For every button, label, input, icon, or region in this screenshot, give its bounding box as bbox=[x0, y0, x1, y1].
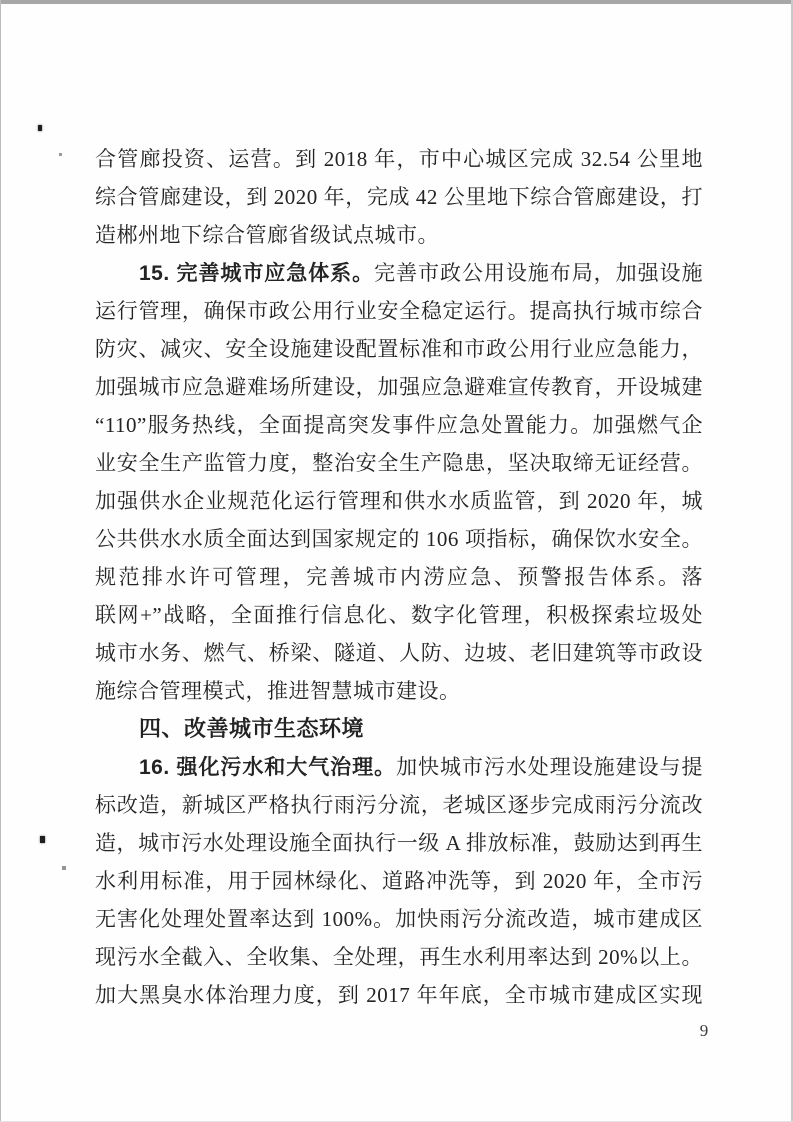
text-line: 15. 完善城市应急体系。完善市政公用设施布局，加强设施 bbox=[95, 254, 703, 292]
text-run: 造，城市污水处理设施全面执行一级 A 排放标准，鼓励达到再生 bbox=[95, 831, 703, 855]
scan-edge-left bbox=[0, 0, 1, 1122]
text-run: 城市水务、燃气、桥梁、隧道、人防、边坡、老旧建筑等市政设 bbox=[95, 641, 703, 665]
text-line: 造郴州地下综合管廊省级试点城市。 bbox=[95, 216, 703, 254]
scan-edge-top bbox=[0, 0, 793, 4]
text-line: 施综合管理模式，推进智慧城市建设。 bbox=[95, 672, 703, 710]
text-line: 合管廊投资、运营。到 2018 年，市中心城区完成 32.54 公里地下 bbox=[95, 140, 703, 178]
text-run: 造郴州地下综合管廊省级试点城市。 bbox=[95, 223, 439, 247]
bold-text-run: 四、改善城市生态环境 bbox=[139, 716, 364, 741]
text-run: 现污水全截入、全收集、全处理，再生水利用率达到 20%以上。 bbox=[95, 945, 703, 969]
text-run: 加快城市污水处理设施建设与提 bbox=[396, 755, 703, 779]
text-run: 公共供水水质全面达到国家规定的 106 项指标，确保饮水安全。 bbox=[95, 527, 703, 551]
section-heading: 四、改善城市生态环境 bbox=[95, 710, 703, 748]
text-line: 城市水务、燃气、桥梁、隧道、人防、边坡、老旧建筑等市政设 bbox=[95, 634, 703, 672]
text-line: 规范排水许可管理，完善城市内涝应急、预警报告体系。落实“互 bbox=[95, 558, 703, 596]
scanned-document-page: 合管廊投资、运营。到 2018 年，市中心城区完成 32.54 公里地下综合管廊… bbox=[0, 0, 793, 1122]
scan-speck bbox=[59, 153, 62, 156]
text-run: 规范排水许可管理，完善城市内涝应急、预警报告体系。落实“互 bbox=[95, 565, 703, 596]
text-line: 造，城市污水处理设施全面执行一级 A 排放标准，鼓励达到再生 bbox=[95, 824, 703, 862]
text-line: 防灾、减灾、安全设施建设配置标准和市政公用行业应急能力， bbox=[95, 330, 703, 368]
text-run: 施综合管理模式，推进智慧城市建设。 bbox=[95, 679, 461, 703]
text-line: 标改造，新城区严格执行雨污分流，老城区逐步完成雨污分流改 bbox=[95, 786, 703, 824]
scan-speck bbox=[40, 836, 45, 843]
document-body: 合管廊投资、运营。到 2018 年，市中心城区完成 32.54 公里地下综合管廊… bbox=[95, 140, 703, 1014]
text-line: 联网+”战略，全面推行信息化、数字化管理，积极探索垃圾处理、 bbox=[95, 596, 703, 634]
text-run: 加大黑臭水体治理力度，到 2017 年年底，全市城市建成区实现河 bbox=[95, 983, 703, 1014]
text-line: 无害化处理处置率达到 100%。加快雨污分流改造，城市建成区实 bbox=[95, 900, 703, 938]
bold-text-run: 16. 强化污水和大气治理。 bbox=[139, 756, 396, 779]
text-line: 现污水全截入、全收集、全处理，再生水利用率达到 20%以上。 bbox=[95, 938, 703, 976]
text-run: 防灾、减灾、安全设施建设配置标准和市政公用行业应急能力， bbox=[95, 337, 703, 361]
text-run: 业安全生产监管力度，整治安全生产隐患，坚决取缔无证经营。 bbox=[95, 451, 703, 475]
text-run: 综合管廊建设，到 2020 年，完成 42 公里地下综合管廊建设，打 bbox=[95, 185, 703, 209]
text-run: “110”服务热线，全面提高突发事件应急处置能力。加强燃气企 bbox=[95, 413, 703, 437]
text-run: 合管廊投资、运营。到 2018 年，市中心城区完成 32.54 公里地下 bbox=[95, 147, 703, 178]
scan-speck bbox=[62, 866, 66, 870]
text-line: 加大黑臭水体治理力度，到 2017 年年底，全市城市建成区实现河 bbox=[95, 976, 703, 1014]
text-run: 完善市政公用设施布局，加强设施 bbox=[374, 261, 703, 285]
text-line: 运行管理，确保市政公用行业安全稳定运行。提高执行城市综合 bbox=[95, 292, 703, 330]
text-run: 运行管理，确保市政公用行业安全稳定运行。提高执行城市综合 bbox=[95, 299, 703, 323]
text-line: 综合管廊建设，到 2020 年，完成 42 公里地下综合管廊建设，打 bbox=[95, 178, 703, 216]
text-run: 水利用标准，用于园林绿化、道路冲洗等，到 2020 年，全市污泥 bbox=[95, 869, 703, 900]
text-run: 标改造，新城区严格执行雨污分流，老城区逐步完成雨污分流改 bbox=[95, 793, 703, 817]
text-run: 无害化处理处置率达到 100%。加快雨污分流改造，城市建成区实 bbox=[95, 907, 703, 938]
text-run: 联网+”战略，全面推行信息化、数字化管理，积极探索垃圾处理、 bbox=[95, 603, 703, 634]
text-line: 水利用标准，用于园林绿化、道路冲洗等，到 2020 年，全市污泥 bbox=[95, 862, 703, 900]
text-line: 加强城市应急避难场所建设，加强应急避难宣传教育，开设城建 bbox=[95, 368, 703, 406]
text-run: 加强城市应急避难场所建设，加强应急避难宣传教育，开设城建 bbox=[95, 375, 703, 399]
text-line: 加强供水企业规范化运行管理和供水水质监管，到 2020 年，城市 bbox=[95, 482, 703, 520]
text-line: 业安全生产监管力度，整治安全生产隐患，坚决取缔无证经营。 bbox=[95, 444, 703, 482]
text-run: 加强供水企业规范化运行管理和供水水质监管，到 2020 年，城市 bbox=[95, 489, 703, 520]
text-line: “110”服务热线，全面提高突发事件应急处置能力。加强燃气企 bbox=[95, 406, 703, 444]
text-line: 16. 强化污水和大气治理。加快城市污水处理设施建设与提 bbox=[95, 748, 703, 786]
page-number: 9 bbox=[692, 1021, 716, 1041]
bold-text-run: 15. 完善城市应急体系。 bbox=[139, 262, 374, 285]
scan-speck bbox=[38, 125, 42, 131]
text-line: 公共供水水质全面达到国家规定的 106 项指标，确保饮水安全。 bbox=[95, 520, 703, 558]
